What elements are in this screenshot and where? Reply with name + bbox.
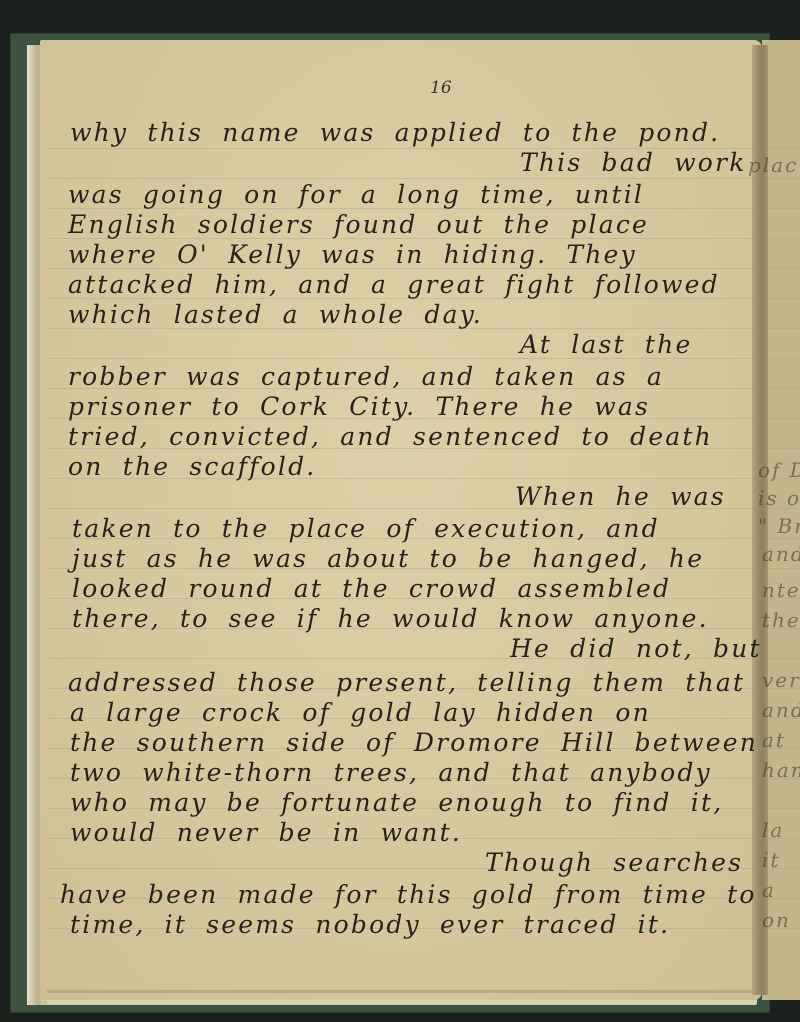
text-line: why this name was applied to the pond. xyxy=(70,118,720,148)
bleed-fragment: " Br xyxy=(758,514,800,538)
bleed-fragment: and xyxy=(762,698,800,722)
text-line: This bad work xyxy=(520,148,747,178)
text-line: there, to see if he would know anyone. xyxy=(72,604,709,634)
bleed-fragment: it xyxy=(762,848,780,872)
text-line: two white-thorn trees, and that anybody xyxy=(70,758,712,788)
bleed-fragment: is o xyxy=(758,486,800,510)
page-bottom-edge xyxy=(47,990,757,993)
text-line: At last the xyxy=(520,330,692,360)
text-line: attacked him, and a great fight followed xyxy=(68,270,720,300)
text-line: prisoner to Cork City. There he was xyxy=(68,392,650,422)
text-line: a large crock of gold lay hidden on xyxy=(70,698,651,728)
bleed-fragment: nte xyxy=(762,578,800,602)
bleed-fragment: han xyxy=(762,758,800,782)
text-line: the southern side of Dromore Hill betwee… xyxy=(70,728,758,758)
bleed-fragment: at xyxy=(762,728,786,752)
bleed-fragment: plac xyxy=(748,153,798,177)
text-line: robber was captured, and taken as a xyxy=(68,362,664,392)
bleed-fragment: la xyxy=(762,818,784,842)
bleed-fragment: on xyxy=(762,908,791,932)
text-line: where O' Kelly was in hiding. They xyxy=(68,240,637,270)
text-line: who may be fortunate enough to find it, xyxy=(70,788,723,818)
text-line: time, it seems nobody ever traced it. xyxy=(70,910,670,940)
text-line: was going on for a long time, until xyxy=(68,180,644,210)
text-line: which lasted a whole day. xyxy=(68,300,483,330)
page-number: 16 xyxy=(430,78,452,98)
text-line: Though searches xyxy=(485,848,743,878)
bleed-fragment: of D xyxy=(758,458,800,482)
text-line: would never be in want. xyxy=(70,818,462,848)
text-line: addressed those present, telling them th… xyxy=(68,668,745,698)
text-line: tried, convicted, and sentenced to death xyxy=(68,422,713,452)
text-line: on the scaffold. xyxy=(68,452,316,482)
bleed-fragment: the xyxy=(762,608,800,632)
bleed-fragment: ver xyxy=(762,668,800,692)
text-line: He did not, but xyxy=(510,634,762,664)
text-line: taken to the place of execution, and xyxy=(72,514,660,544)
text-line: English soldiers found out the place xyxy=(68,210,649,240)
text-line: When he was xyxy=(515,482,726,512)
text-line: just as he was about to be hanged, he xyxy=(72,544,704,574)
bleed-fragment: and xyxy=(762,542,800,566)
text-line: looked round at the crowd assembled xyxy=(72,574,671,604)
text-line: have been made for this gold from time t… xyxy=(60,880,757,910)
bleed-fragment: a xyxy=(762,878,776,902)
